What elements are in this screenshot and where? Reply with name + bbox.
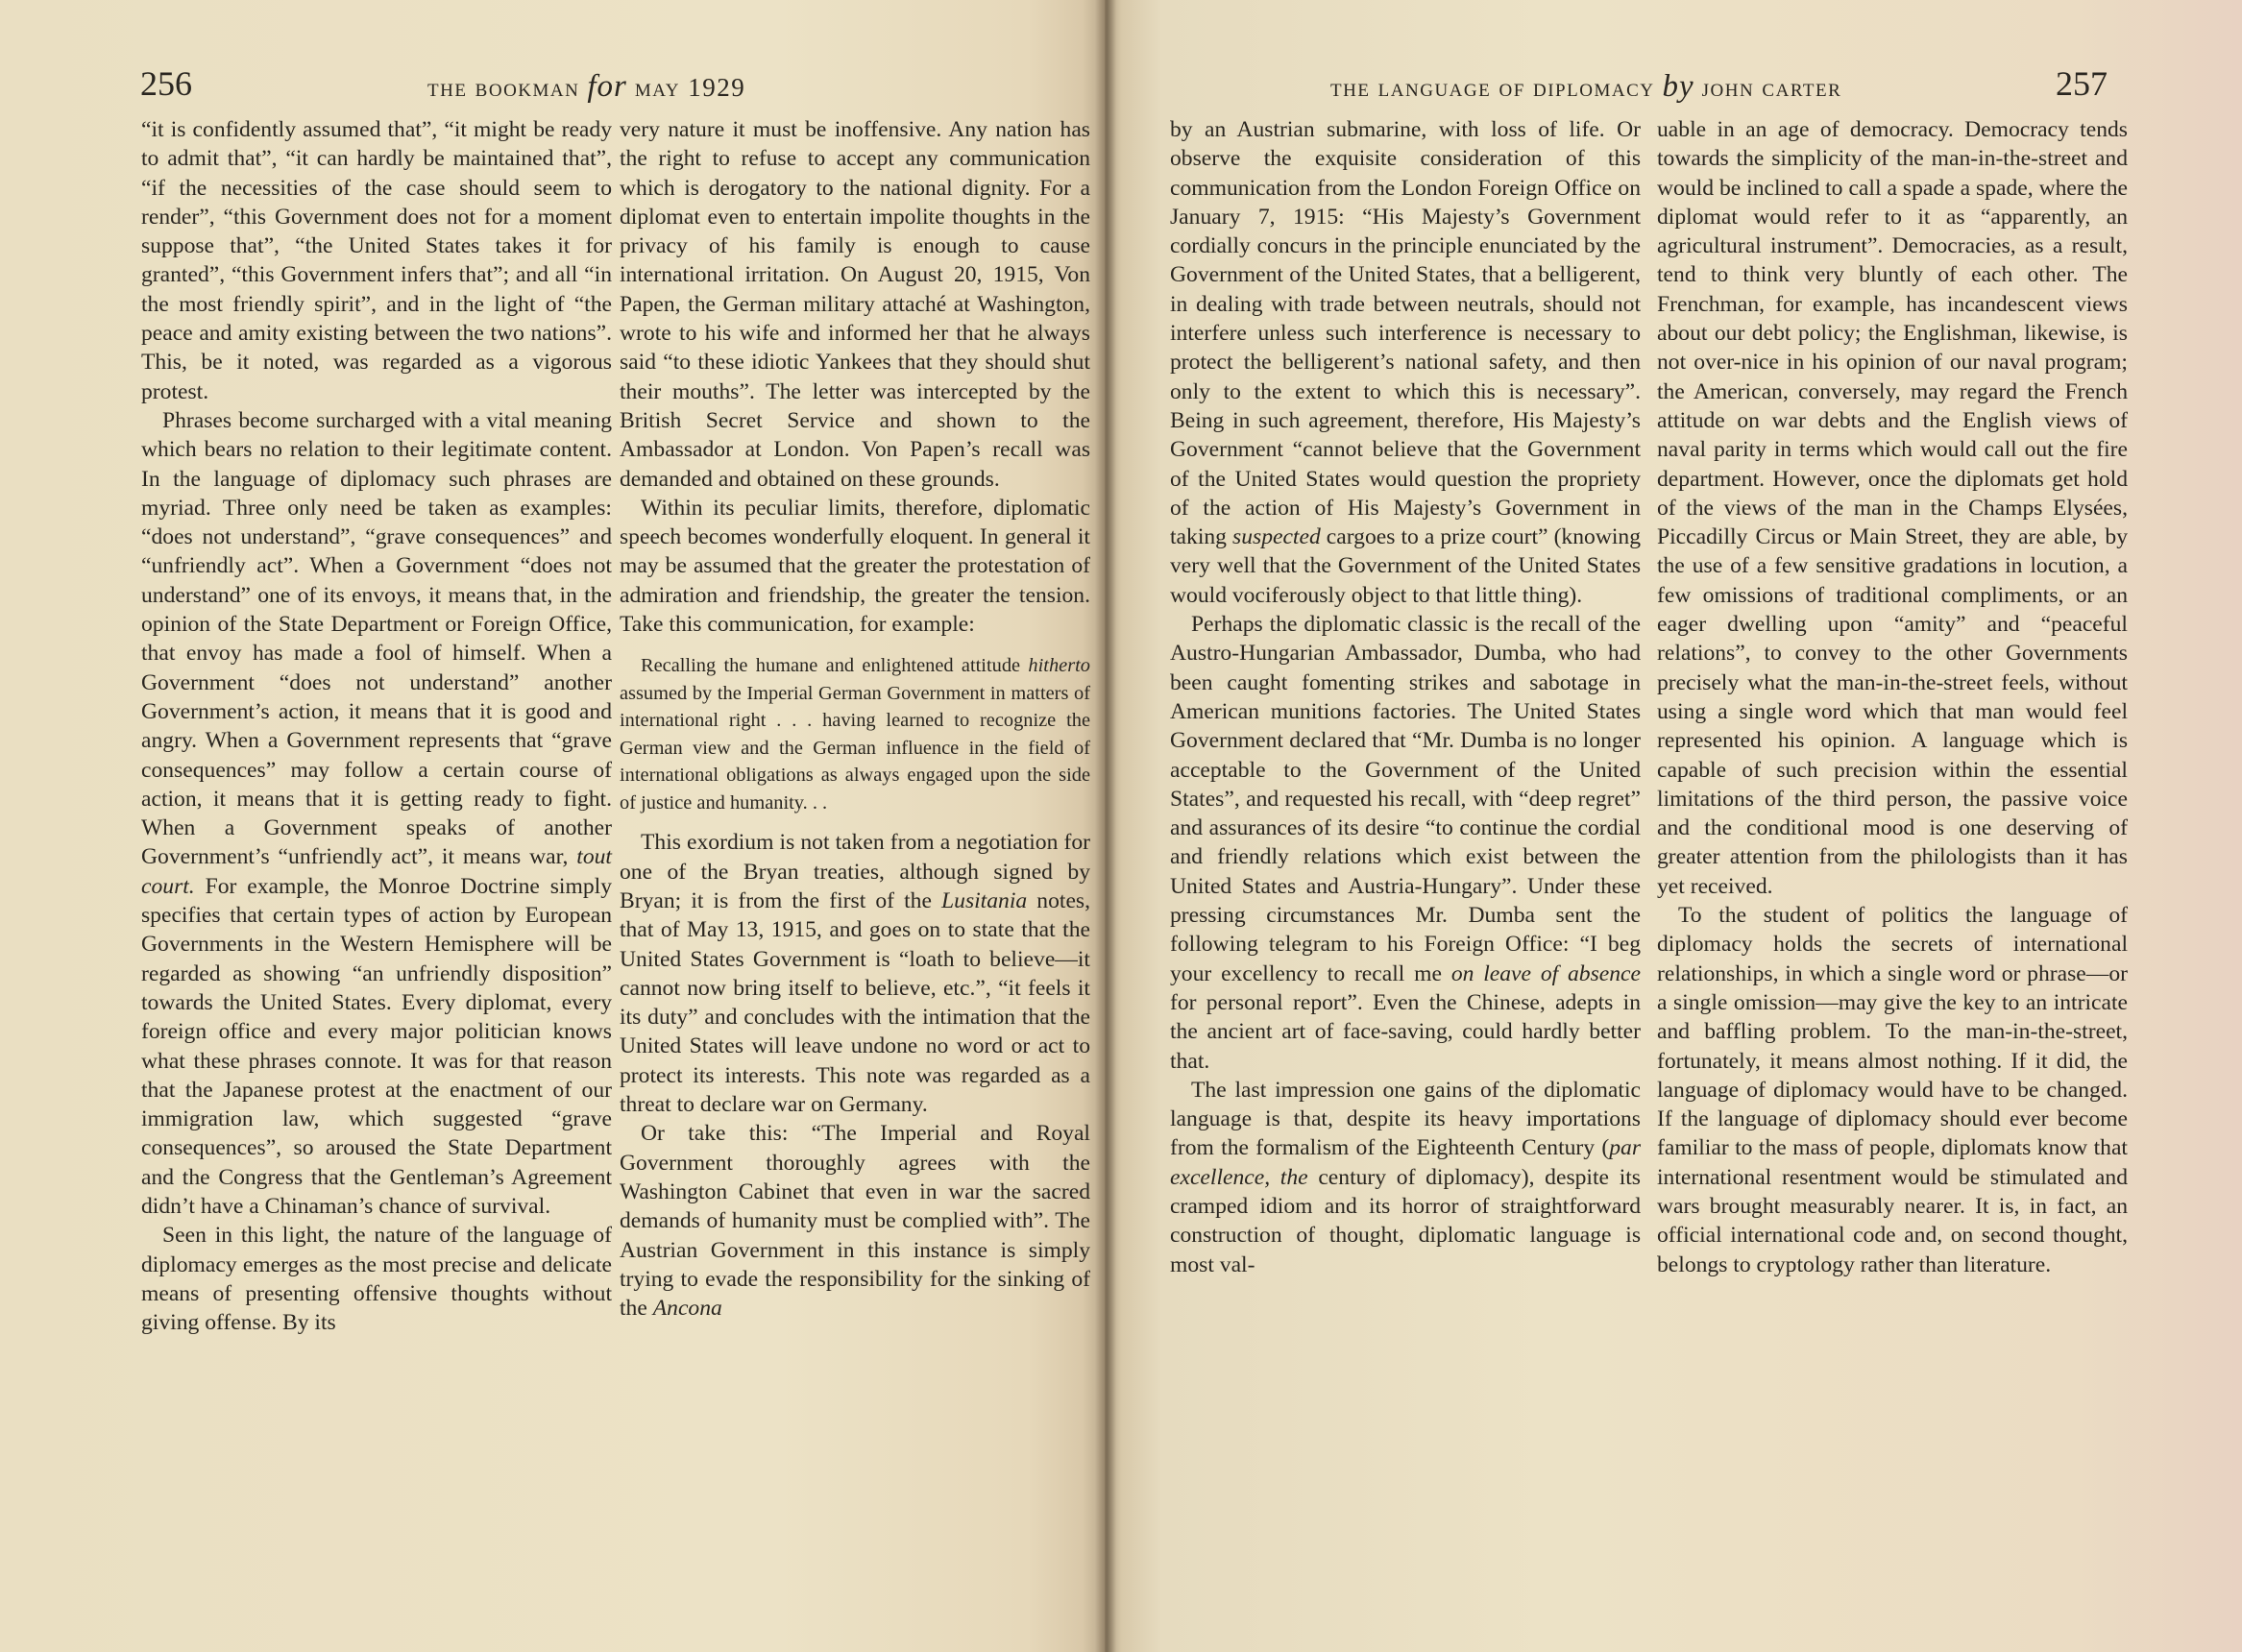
text-run: Or take this: “The Imperial and Royal Go…: [620, 1121, 1090, 1321]
running-head-left: THE BOOKMAN for MAY 1929: [427, 69, 745, 108]
issue-for: for: [587, 69, 627, 105]
book-spread: 256 THE BOOKMAN for MAY 1929 “it is conf…: [0, 0, 2242, 1652]
paragraph: uable in an age of democracy. Democracy …: [1657, 115, 2128, 901]
publication-name: THE BOOKMAN: [427, 73, 579, 103]
page-number-left: 256: [140, 63, 192, 104]
page-number-right: 257: [2056, 63, 2108, 104]
text-run: Perhaps the diplomatic classic is the re…: [1170, 612, 1641, 986]
paragraph: The last impression one gains of the dip…: [1170, 1076, 1641, 1279]
text-column-1: “it is confidently assumed that”, “it mi…: [141, 115, 612, 1337]
paragraph: Phrases become surcharged with a vital m…: [141, 406, 612, 1221]
text-run: To the student of politics the language …: [1657, 903, 2128, 1277]
text-run: Phrases become surcharged with a vital m…: [141, 408, 612, 869]
paragraph: Perhaps the diplomatic classic is the re…: [1170, 610, 1641, 1076]
book-spine-gutter: [1095, 0, 1116, 1652]
text-run: For example, the Monroe Doctrine simply …: [141, 874, 612, 1219]
byline-by: by: [1662, 69, 1694, 105]
text-column-2: very nature it must be inoffensive. Any …: [620, 115, 1090, 1323]
text-run: “it is confidently assumed that”, “it mi…: [141, 117, 612, 404]
paragraph: This exordium is not taken from a negoti…: [620, 828, 1090, 1119]
block-quote: Recalling the humane and enlightened att…: [620, 652, 1090, 816]
text-run: uable in an age of democracy. Democracy …: [1657, 117, 2128, 899]
italic-text: Lusitania: [941, 888, 1027, 913]
paragraph: by an Austrian submarine, with loss of l…: [1170, 115, 1641, 610]
running-head-right: THE LANGUAGE OF DIPLOMACY by JOHN CARTER: [1330, 69, 1841, 108]
paragraph: “it is confidently assumed that”, “it mi…: [141, 115, 612, 406]
text-run: Within its peculiar limits, therefore, d…: [620, 496, 1090, 637]
italic-text: Ancona: [653, 1296, 722, 1321]
text-run: Seen in this light, the nature of the la…: [141, 1223, 612, 1335]
paragraph: very nature it must be inoffensive. Any …: [620, 115, 1090, 494]
paragraph: Within its peculiar limits, therefore, d…: [620, 494, 1090, 639]
article-title: THE LANGUAGE OF DIPLOMACY: [1330, 73, 1654, 103]
text-column-4: uable in an age of democracy. Democracy …: [1657, 115, 2128, 1279]
italic-text: on leave of absence: [1451, 961, 1641, 986]
text-run: assumed by the Imperial German Governmen…: [620, 683, 1090, 814]
issue-date: MAY 1929: [635, 73, 745, 103]
italic-text: suspected: [1232, 524, 1321, 549]
paragraph: Seen in this light, the nature of the la…: [141, 1221, 612, 1337]
left-page: 256 THE BOOKMAN for MAY 1929 “it is conf…: [0, 0, 1105, 1652]
text-column-3: by an Austrian submarine, with loss of l…: [1170, 115, 1641, 1279]
text-run: very nature it must be inoffensive. Any …: [620, 117, 1090, 492]
text-run: Recalling the humane and enlightened att…: [641, 655, 1028, 676]
text-run: notes, that of May 13, 1915, and goes on…: [620, 888, 1090, 1117]
text-run: for personal report”. Even the Chinese, …: [1170, 990, 1641, 1074]
paragraph: Or take this: “The Imperial and Royal Go…: [620, 1119, 1090, 1323]
paragraph: To the student of politics the language …: [1657, 901, 2128, 1279]
author-name: JOHN CARTER: [1702, 73, 1842, 103]
text-run: by an Austrian submarine, with loss of l…: [1170, 117, 1641, 549]
text-run: The last impression one gains of the dip…: [1170, 1078, 1641, 1161]
italic-text: hitherto: [1028, 655, 1090, 676]
